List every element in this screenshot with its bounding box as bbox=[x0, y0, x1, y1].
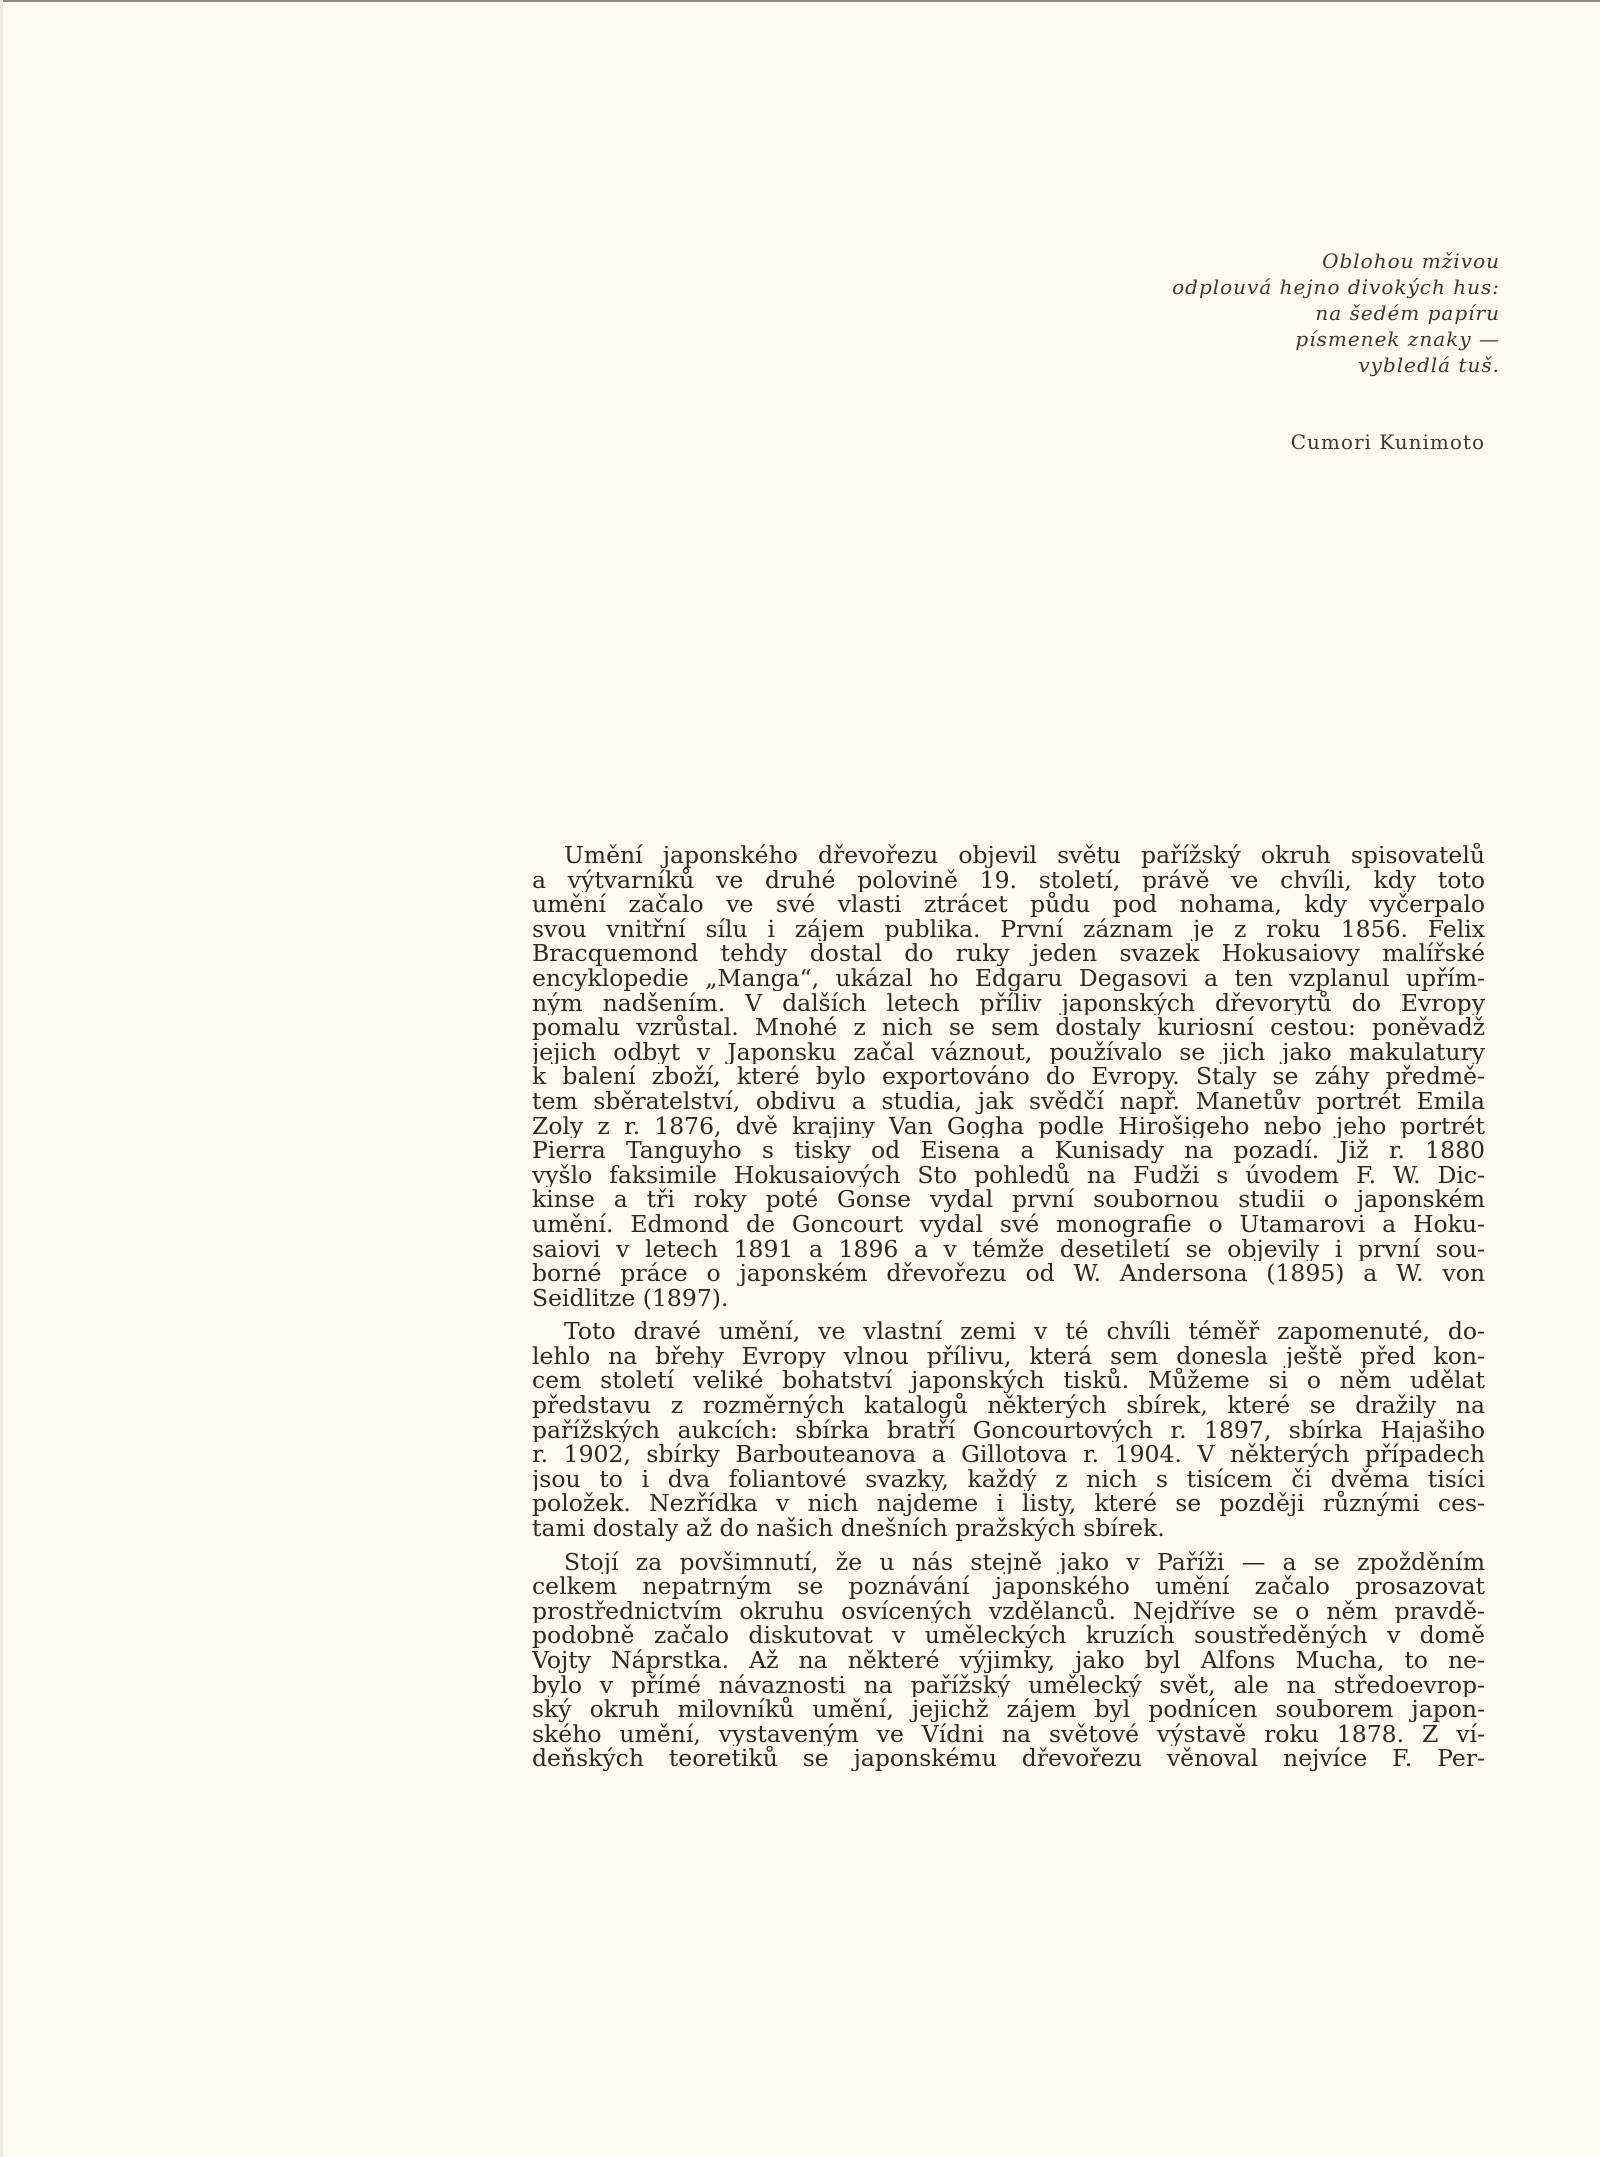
text-line: Bracquemond tehdy dostal do ruky jeden s… bbox=[532, 941, 1485, 966]
poem-line: odplouvá hejno divokých hus: bbox=[980, 274, 1500, 300]
body-text: Umění japonského dřevořezu objevil světu… bbox=[532, 843, 1485, 1771]
text-line: deňských teoretiků se japonskému dřevoře… bbox=[532, 1746, 1485, 1771]
text-line: Vojty Náprstka. Až na některé výjimky, j… bbox=[532, 1648, 1485, 1673]
text-line: kinse a tři roky poté Gonse vydal první … bbox=[532, 1187, 1485, 1212]
poem-line: na šedém papíru bbox=[980, 300, 1500, 326]
text-line: k balení zboží, které bylo exportováno d… bbox=[532, 1064, 1485, 1089]
text-line: tem sběratelství, obdivu a studia, jak s… bbox=[532, 1089, 1485, 1114]
text-line: umění. Edmond de Goncourt vydal své mono… bbox=[532, 1212, 1485, 1237]
paragraph-3: Stojí za povšimnutí, že u nás stejně jak… bbox=[532, 1550, 1485, 1771]
text-line: ský okruh milovníků umění, jejichž zájem… bbox=[532, 1697, 1485, 1722]
text-line: představu z rozměrných katalogů některýc… bbox=[532, 1393, 1485, 1418]
text-line: saiovi v letech 1891 a 1896 a v témže de… bbox=[532, 1237, 1485, 1262]
text-line: Umění japonského dřevořezu objevil světu… bbox=[532, 843, 1485, 868]
text-line: prostřednictvím okruhu osvícených vzděla… bbox=[532, 1599, 1485, 1624]
text-line: jsou to i dva foliantové svazky, každý z… bbox=[532, 1467, 1485, 1492]
paragraph-1: Umění japonského dřevořezu objevil světu… bbox=[532, 843, 1485, 1310]
text-line: r. 1902, sbírky Barbouteanova a Gillotov… bbox=[532, 1442, 1485, 1467]
text-line: borné práce o japonském dřevořezu od W. … bbox=[532, 1261, 1485, 1286]
text-line: vyšlo faksimile Hokusaiových Sto pohledů… bbox=[532, 1163, 1485, 1188]
text-line: Toto dravé umění, ve vlastní zemi v té c… bbox=[532, 1319, 1485, 1344]
text-line: pomalu vzrůstal. Mnohé z nich se sem dos… bbox=[532, 1015, 1485, 1040]
page-top-edge bbox=[0, 0, 1600, 2]
poem-line: vybledlá tuš. bbox=[980, 352, 1500, 378]
text-line: a výtvarníků ve druhé polovině 19. stole… bbox=[532, 868, 1485, 893]
poem-line: písmenek znaky — bbox=[980, 326, 1500, 352]
text-line: ným nadšením. V dalších letech příliv ja… bbox=[532, 991, 1485, 1016]
text-line: podobně začalo diskutovat v uměleckých k… bbox=[532, 1623, 1485, 1648]
paragraph-2: Toto dravé umění, ve vlastní zemi v té c… bbox=[532, 1319, 1485, 1540]
poem-line: Oblohou mživou bbox=[980, 248, 1500, 274]
epigraph-poem: Oblohou mživou odplouvá hejno divokých h… bbox=[980, 248, 1500, 378]
text-line: pařížských aukcích: sbírka bratří Goncou… bbox=[532, 1418, 1485, 1443]
text-line: celkem nepatrným se poznávání japonského… bbox=[532, 1574, 1485, 1599]
text-line: lehlo na břehy Evropy vlnou přílivu, kte… bbox=[532, 1344, 1485, 1369]
text-line: Seidlitze (1897). bbox=[532, 1286, 1485, 1311]
text-line: cem století veliké bohatství japonských … bbox=[532, 1368, 1485, 1393]
text-line: jejich odbyt v Japonsku začal váznout, p… bbox=[532, 1040, 1485, 1065]
text-line: Pierra Tanguyho s tisky od Eisena a Kuni… bbox=[532, 1138, 1485, 1163]
text-line: encyklopedie „Manga“, ukázal ho Edgaru D… bbox=[532, 966, 1485, 991]
text-line: položek. Nezřídka v nich najdeme i listy… bbox=[532, 1491, 1485, 1516]
text-line: Stojí za povšimnutí, že u nás stejně jak… bbox=[532, 1550, 1485, 1575]
text-line: ského umění, vystaveným ve Vídni na svět… bbox=[532, 1722, 1485, 1747]
page-left-edge bbox=[0, 0, 3, 2157]
text-line: Zoly z r. 1876, dvě krajiny Van Gogha po… bbox=[532, 1114, 1485, 1139]
text-line: svou vnitřní sílu i zájem publika. První… bbox=[532, 917, 1485, 942]
epigraph-author: Cumori Kunimoto bbox=[1291, 430, 1485, 454]
text-line: umění začalo ve své vlasti ztrácet půdu … bbox=[532, 892, 1485, 917]
text-line: tami dostaly až do našich dnešních pražs… bbox=[532, 1516, 1485, 1541]
text-line: bylo v přímé návaznosti na pařížský uměl… bbox=[532, 1673, 1485, 1698]
